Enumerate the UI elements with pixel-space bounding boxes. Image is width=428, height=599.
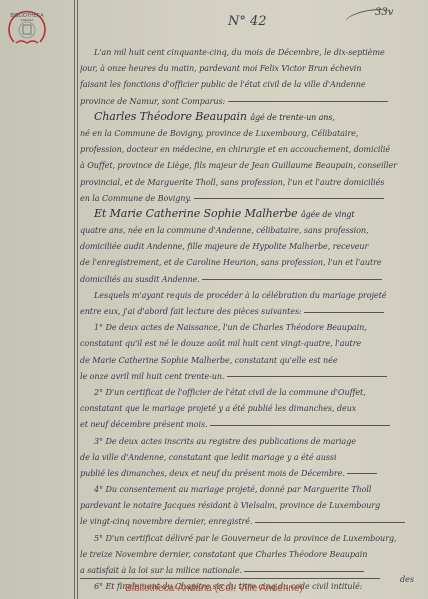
text-line: le onze avril mil huit cent trente-un. — [80, 368, 424, 384]
text-line: à Ouffet, province de Liège, fils majeur… — [80, 157, 424, 173]
text-line: domiciliée audit Andenne, fille majeure … — [80, 238, 424, 254]
text-line: de l'enregistrement, et de Caroline Heur… — [80, 254, 424, 270]
text-line: 3° De deux actes inscrits au registre de… — [80, 433, 424, 449]
text-line: constatant que le mariage projeté y a ét… — [80, 400, 424, 416]
text-line: profession, docteur en médecine, en chir… — [80, 141, 424, 157]
text-line: pardevant le notaire Jacques résidant à … — [80, 497, 424, 513]
folio-number: 33v — [375, 7, 393, 18]
handwritten-text: L'an mil huit cent cinquante-cinq, du mo… — [80, 44, 424, 594]
text-line: né en la Commune de Bovigny, province de… — [80, 125, 424, 141]
text-line: publié les dimanches, deux et neuf du pr… — [80, 465, 424, 481]
text-line: constatant qu'il est né le douze août mi… — [80, 335, 424, 351]
document-number: N° 42 — [228, 14, 267, 29]
text-line: le vingt-cinq novembre dernier, enregist… — [80, 513, 424, 529]
text-line: Lesquels m'ayant requis de procéder à la… — [80, 287, 424, 303]
closing-rule — [80, 578, 380, 579]
margin-rule — [77, 0, 78, 599]
text-line: provincial, et de Marguerite Tholl, sans… — [80, 174, 424, 190]
document-page: BIBLIOTHECA ANDANA N° 42 33v L'an mil hu… — [0, 0, 428, 599]
margin-rule — [74, 0, 75, 599]
text-line: entre eux, j'ai d'abord fait lecture des… — [80, 303, 424, 319]
bride-name: Et Marie Catherine Sophie Malherbe — [94, 207, 298, 220]
text-line: de la ville d'Andenne, constatant que le… — [80, 449, 424, 465]
text-line: quatre ans, née en la commune d'Andenne,… — [80, 222, 424, 238]
text-line: province de Namur, sont Comparus: — [80, 93, 424, 109]
text-line: jour, à onze heures du matin, pardevant … — [80, 60, 424, 76]
text-line: 5° D'un certificat délivré par le Gouver… — [80, 530, 424, 546]
groom-name-line: Charles Théodore Beaupain âgé de trente-… — [80, 109, 424, 125]
text-line: en la Commune de Bovigny. — [80, 190, 424, 206]
text-line: L'an mil huit cent cinquante-cinq, du mo… — [80, 44, 424, 60]
groom-name: Charles Théodore Beaupain — [94, 110, 247, 123]
text-line: domiciliés au susdit Andenne. — [80, 271, 424, 287]
archive-caption: Bibliotheca-Andana (Col. Ville Andenne) — [0, 583, 428, 594]
text-line: de Marie Catherine Sophie Malherbe, cons… — [80, 352, 424, 368]
svg-text:ANDANA: ANDANA — [21, 18, 35, 22]
bride-name-line: Et Marie Catherine Sophie Malherbe âgée … — [80, 206, 424, 222]
text-line: a satisfait à la loi sur la milice natio… — [80, 562, 424, 578]
text-line: et neuf décembre présent mois. — [80, 416, 424, 432]
text-line: faisant les fonctions d'officier public … — [80, 76, 424, 92]
text-line: 4° Du consentement au mariage projeté, d… — [80, 481, 424, 497]
text-line: 1° De deux actes de Naissance, l'un de C… — [80, 319, 424, 335]
text-line: 2° D'un certificat de l'officier de l'ét… — [80, 384, 424, 400]
text-line: le treize Novembre dernier, constatant q… — [80, 546, 424, 562]
library-stamp-icon: BIBLIOTHECA ANDANA — [4, 6, 50, 48]
